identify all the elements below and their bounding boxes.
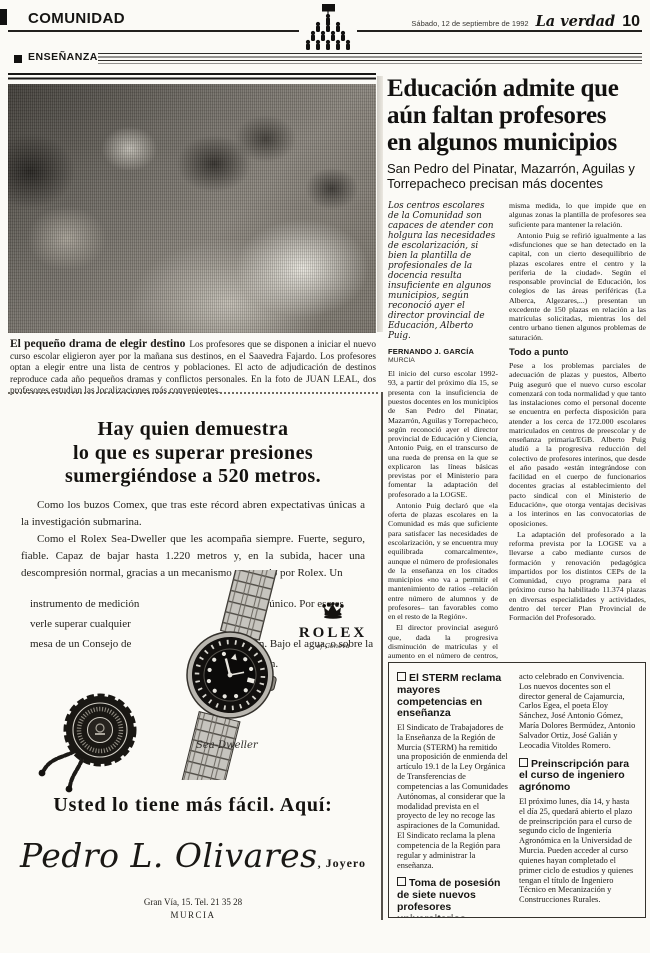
newspaper-page: COMUNIDAD Sábado, 12 de septiembre de 19… [0, 0, 650, 953]
castellers-logo-icon [299, 4, 357, 54]
subhead-line: San Pedro del Pinatar, Mazarrón, Aguilas… [387, 161, 647, 176]
article-crosshead: Todo a punto [509, 347, 646, 358]
briefs-column-right: acto celebrado en Convivencia. Los nuevo… [519, 672, 637, 908]
section-title: COMUNIDAD [28, 10, 125, 27]
ad-headline: Hay quien demuestra lo que es superar pr… [21, 418, 365, 489]
rolex-wordmark: ROLEX [294, 625, 372, 642]
body-paragraph: Pese a los problemas parciales de adecua… [509, 361, 646, 528]
brief-body: El Sindicato de Trabajadores de la Enseñ… [397, 723, 509, 870]
article-column-left: Los centros escolares de la Comunidad so… [388, 201, 498, 659]
briefs-column-left: El STERM reclama mayores competencias en… [397, 672, 509, 908]
article-column-right: misma medida, lo que impide que en algun… [509, 201, 646, 659]
brief-body: acto celebrado en Convivencia. Los nuevo… [519, 672, 637, 751]
headline-line: en algunos municipios [387, 130, 649, 157]
ad-wrap-line: verle superar cualquier [30, 614, 164, 634]
ad-paragraph: Como los buzos Comex, que tras este réco… [21, 497, 365, 531]
signature-suffix: , Joyero [318, 856, 366, 870]
rolex-advertisement: Hay quien demuestra lo que es superar pr… [8, 392, 378, 952]
rolex-sub-label: of Geneva [294, 642, 372, 650]
body-paragraph: El director provincial aseguró que, dada… [388, 623, 498, 659]
brief-title-text: Preinscripción para el curso de ingenier… [519, 758, 629, 794]
body-paragraph: El inicio del curso escolar 1992-93, a p… [388, 369, 498, 499]
headline-line: aún faltan profesores [387, 103, 649, 130]
subhead-line: Torrepacheco precisan más docentes [387, 176, 647, 191]
body-paragraph: Antonio Puig declaró que «la oferta de p… [388, 501, 498, 621]
article-body: Los centros escolares de la Comunidad so… [388, 201, 646, 659]
brief-title: Preinscripción para el curso de ingenier… [519, 758, 637, 794]
brief-title: El STERM reclama mayores competencias en… [397, 672, 509, 720]
news-briefs-box: El STERM reclama mayores competencias en… [388, 662, 646, 918]
body-paragraph: misma medida, lo que impide que en algun… [509, 201, 646, 229]
brief-title: Toma de posesión de siete nuevos profeso… [397, 877, 509, 918]
photo-caption: El pequeño drama de elegir destinoLos pr… [10, 337, 376, 398]
body-paragraph: La adaptación del profesorado a la refor… [509, 530, 646, 623]
brief-title-text: Toma de posesión de siete nuevos profeso… [397, 877, 500, 918]
ad-wrap-line: mesa de un Consejo de [30, 634, 164, 654]
article-lede: Los centros escolares de la Comunidad so… [388, 201, 498, 341]
article-headline: Educación admite que aún faltan profesor… [387, 76, 649, 156]
byline: FERNANDO J. GARCÍA [388, 347, 498, 356]
byline-place: MURCIA [388, 357, 498, 364]
body-paragraph: Antonio Puig se refirió igualmente a las… [509, 231, 646, 342]
brief-title-text: El STERM reclama mayores competencias en… [397, 672, 501, 719]
kicker-square-icon [14, 55, 22, 63]
ad-headline-line: sumergiéndose a 520 metros. [21, 465, 365, 489]
ad-address: Gran Vía, 15. Tel. 21 35 28 [8, 897, 378, 907]
page-edge-mark [0, 9, 7, 25]
headline-line: Educación admite que [387, 76, 649, 103]
issue-date: Sábado, 12 de septiembre de 1992 [411, 19, 528, 28]
ad-tagline: Usted lo tiene más fácil. Aquí: [8, 794, 378, 817]
jeweler-signature: Pedro L. Olivares, Joyero [8, 836, 378, 875]
column-fold-shadow [377, 76, 383, 332]
ad-headline-line: lo que es superar presiones [21, 442, 365, 466]
ad-headline-line: Hay quien demuestra [21, 418, 365, 442]
page-number: 10 [622, 13, 640, 31]
caption-lead: El pequeño drama de elegir destino [10, 338, 185, 350]
article-subhead: San Pedro del Pinatar, Mazarrón, Aguilas… [387, 161, 647, 192]
header-right: Sábado, 12 de septiembre de 1992 La verd… [411, 13, 640, 31]
rolex-logo: ROLEX of Geneva [294, 602, 372, 650]
dive-watch-illustration [154, 570, 306, 785]
ad-wrap-text-left: instrumento de medición verle superar cu… [30, 594, 164, 654]
ad-wrap-line: instrumento de medición [30, 594, 164, 614]
masthead-logo: La verdad [536, 13, 616, 30]
checkbox-icon [397, 877, 406, 886]
section-divider-band [8, 73, 376, 80]
watch-model-label: Sea-Dweller [196, 740, 258, 751]
news-photo [8, 84, 376, 333]
rolex-crown-icon [319, 602, 347, 619]
brief-body: El próximo lunes, día 14, y hasta el día… [519, 797, 637, 905]
checkbox-icon [519, 758, 528, 767]
column-divider-rule [381, 392, 383, 920]
kicker-label: ENSEÑANZA [28, 51, 98, 63]
signature-script: Pedro L. Olivares [20, 836, 318, 875]
kicker-rule [98, 53, 642, 64]
checkbox-icon [397, 672, 406, 681]
ad-city: MURCIA [8, 910, 378, 920]
